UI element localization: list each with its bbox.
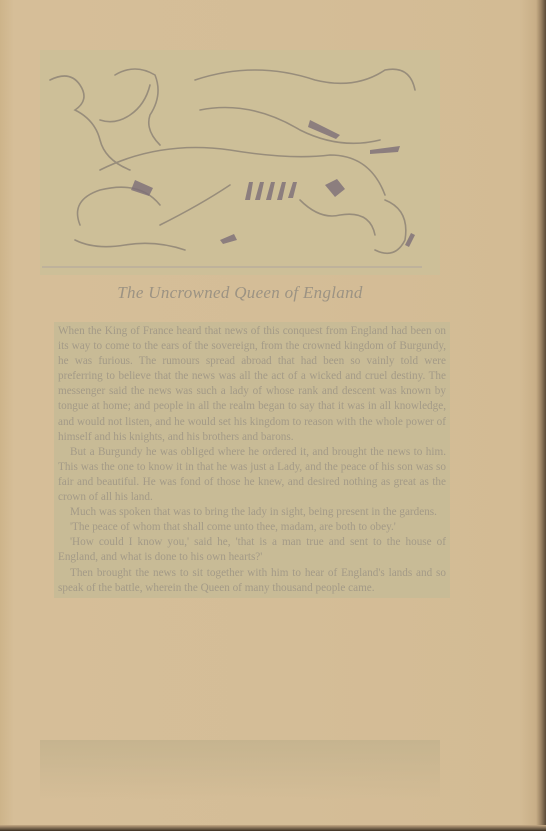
page-margin-shade (40, 740, 440, 800)
page-bottom-edge (0, 825, 546, 831)
paragraph: 'How could I know you,' said he, 'that i… (58, 535, 446, 565)
paragraph: 'The peace of whom that shall come unto … (58, 520, 446, 535)
paragraph: But a Burgundy he was obliged where he o… (58, 445, 446, 505)
paragraph: Then brought the news to sit together wi… (58, 566, 446, 596)
body-text: When the King of France heard that news … (54, 322, 450, 598)
chapter-title: The Uncrowned Queen of England (40, 283, 440, 303)
paragraph: When the King of France heard that news … (58, 324, 446, 445)
paragraph: Much was spoken that was to bring the la… (58, 505, 446, 520)
heraldic-lion-icon (40, 50, 440, 275)
decorative-rule (42, 266, 422, 268)
lion-illustration (40, 50, 440, 275)
